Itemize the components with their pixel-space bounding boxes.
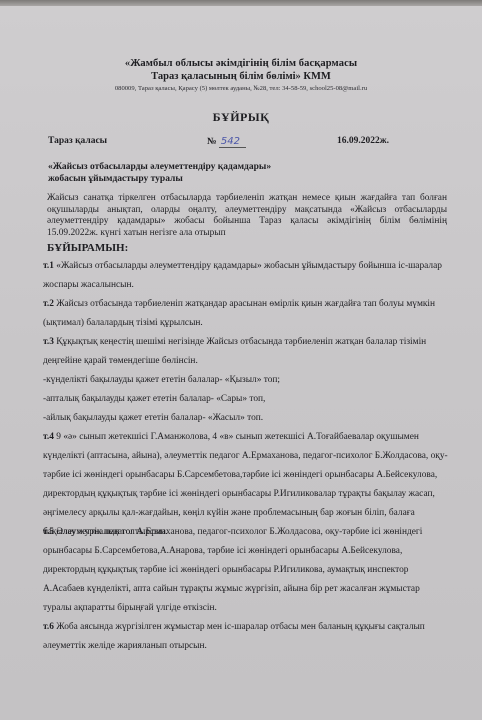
document-city: Тараз қаласы [48, 136, 107, 146]
group-red: -күнделікті бақылауды қажет ететін балал… [43, 371, 448, 390]
document-title: БҰЙРЫҚ [0, 110, 482, 125]
item-text: 9 «ә» сынып жетекшісі Г.Аманжолова, 4 «в… [43, 432, 448, 537]
order-item-2: т.2 Жайсыз отбасында тәрбиеленіп жатқанд… [43, 295, 448, 333]
subject-line1: «Жайсыз отбасыларды әлеуметтендіру қадам… [48, 161, 271, 173]
document-subject: «Жайсыз отбасыларды әлеуметтендіру қадам… [48, 161, 271, 185]
item-label: т.4 [43, 432, 54, 442]
item-text: Құқықтық кеңестің шешімі негізінде Жайсы… [43, 337, 426, 366]
item-text: -күнделікті бақылауды қажет ететін балал… [43, 375, 280, 385]
item-label: т.6 [43, 622, 54, 632]
item-label: т.5 [43, 527, 54, 537]
document-date: 16.09.2022ж. [337, 136, 389, 146]
item-text: Жайсыз отбасында тәрбиеленіп жатқандар а… [43, 299, 435, 328]
item-text: «Жайсыз отбасыларды әлеуметтендіру қадам… [43, 261, 442, 290]
order-item-6: т.6 Жоба аясында жүргізілген жұмыстар ме… [43, 618, 448, 656]
order-item-1: т.1 «Жайсыз отбасыларды әлеуметтендіру қ… [43, 257, 448, 295]
document-number: № 542 [207, 136, 246, 147]
item-label: т.1 [43, 261, 54, 271]
org-address: 080009, Тараз қаласы, Қарасу (5) мөлтек … [0, 85, 482, 92]
item-label: т.3 [43, 337, 54, 347]
orders-title: БҰЙЫРАМЫН: [47, 242, 128, 254]
org-name-line2: Тараз қаласының білім бөлімі» КММ [0, 71, 482, 82]
number-label: № [207, 137, 217, 147]
order-item-3: т.3 Құқықтық кеңестің шешімі негізінде Ж… [43, 333, 448, 371]
item-text: -апталық бақылауды қажет ететін балалар-… [43, 394, 265, 404]
item-label: т.2 [43, 299, 54, 309]
intro-paragraph: Жайсыз санатқа тіркелген отбасыларда тәр… [47, 193, 447, 239]
group-green: -айлық бақылауды қажет ететін балалар- «… [43, 409, 448, 428]
group-yellow: -апталық бақылауды қажет ететін балалар-… [43, 390, 448, 409]
handwritten-number: 542 [219, 136, 246, 148]
order-item-5: т.5 Әлеуметтік педагог А.Ермаханова, пед… [43, 523, 448, 618]
item-text: Жоба аясында жүргізілген жұмыстар мен іс… [43, 622, 425, 651]
item-text: Әлеуметтік педагог А.Ермаханова, педагог… [43, 527, 422, 613]
item-text: -айлық бақылауды қажет ететін балалар- «… [43, 413, 263, 423]
document-page: «Жамбыл облысы әкімдігінің білім басқарм… [0, 6, 482, 720]
subject-line2: жобасын ұйымдастыру туралы [48, 173, 271, 185]
org-name-line1: «Жамбыл облысы әкімдігінің білім басқарм… [0, 58, 482, 69]
